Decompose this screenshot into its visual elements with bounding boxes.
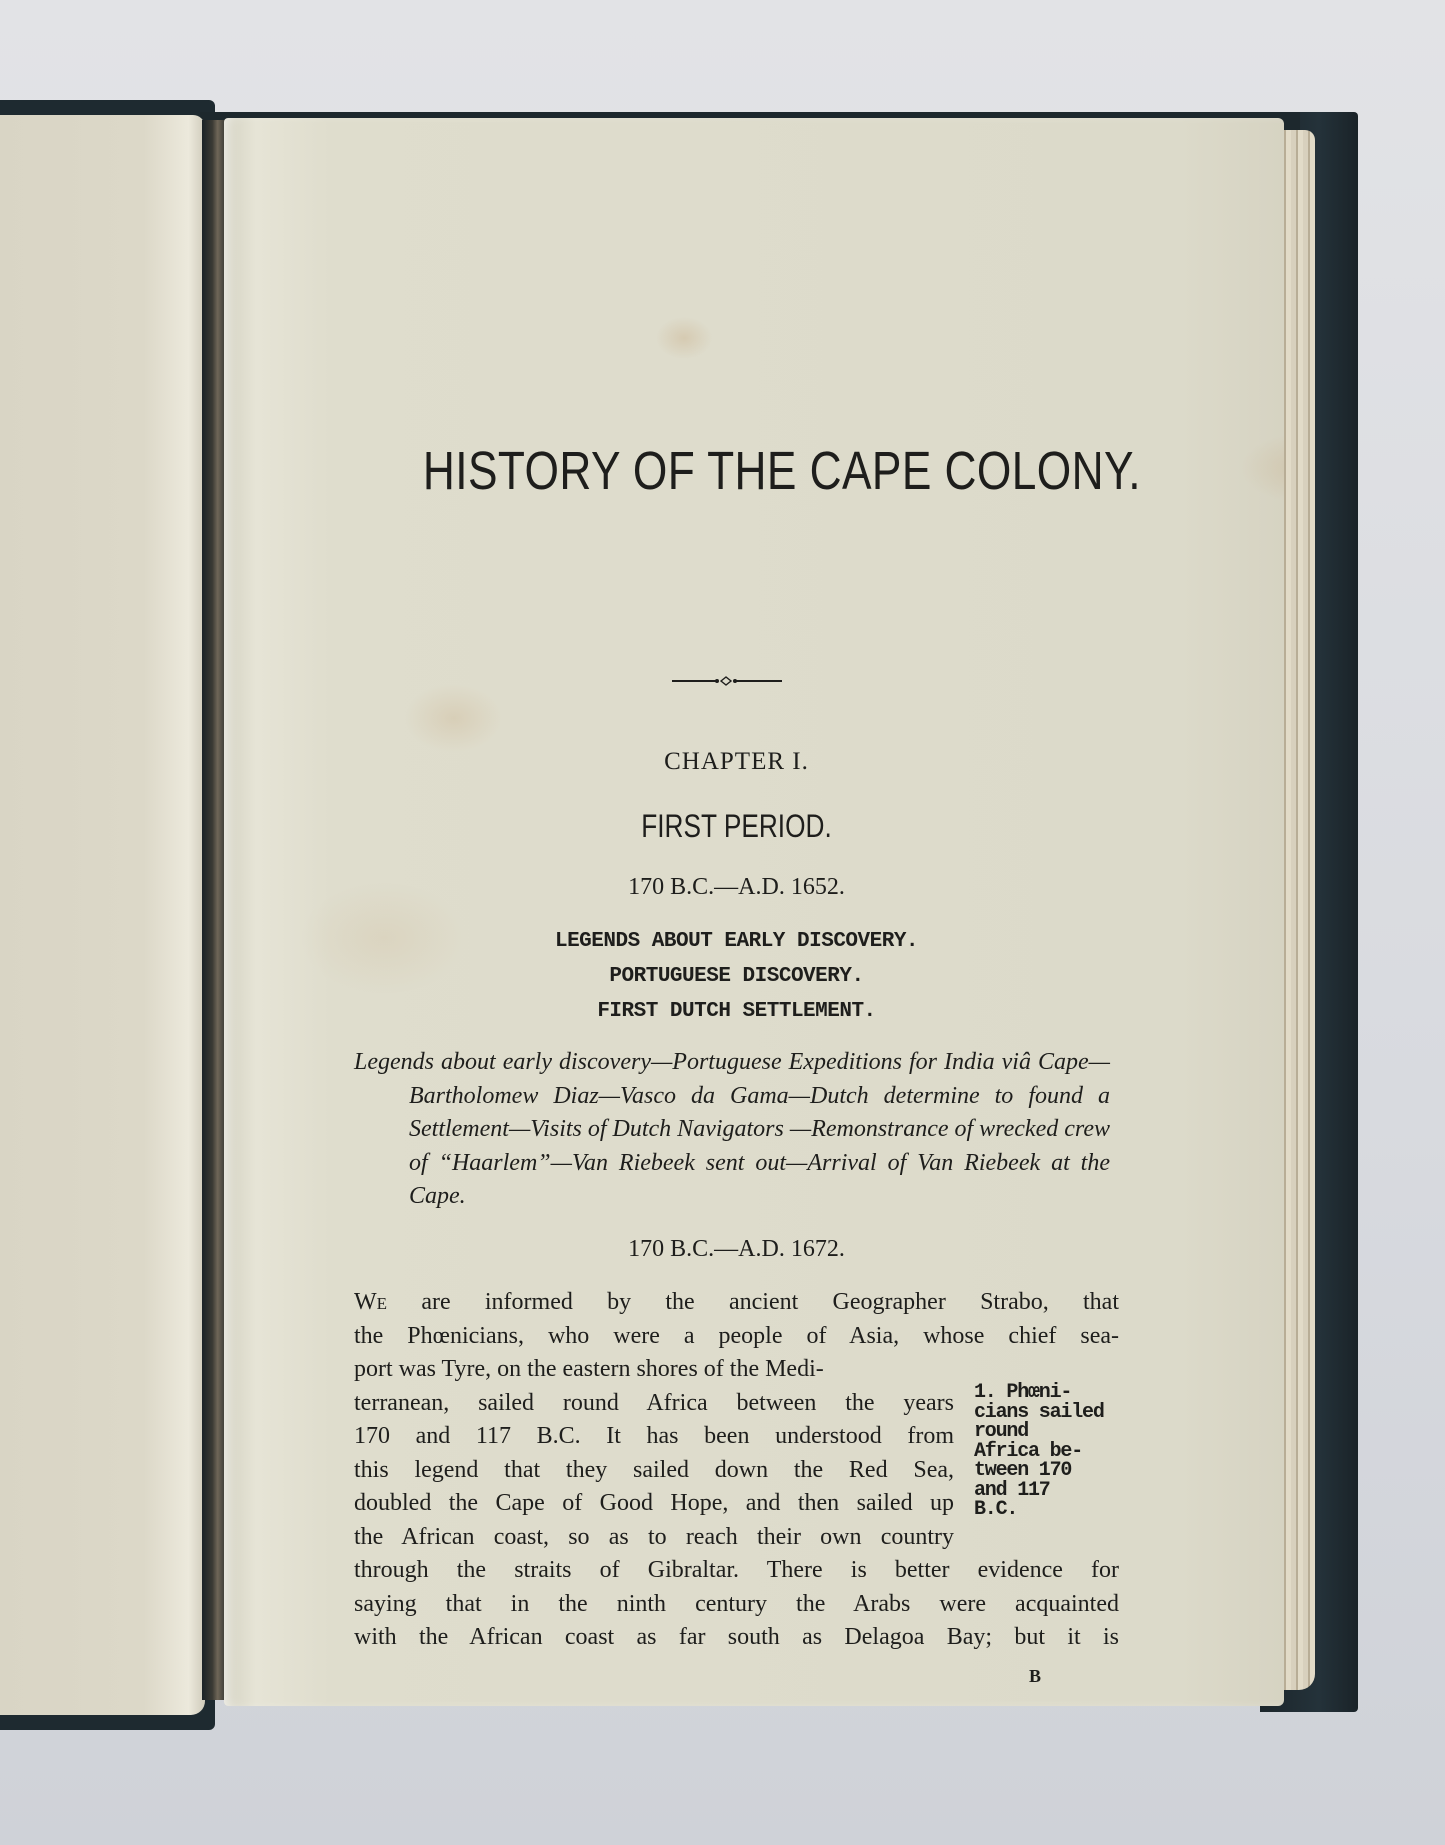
sidenote-line: B.C.: [974, 1500, 1114, 1520]
body-line: the African coast, so as to reach their …: [354, 1521, 954, 1555]
left-page: [0, 115, 205, 1715]
ornament-divider-icon: [672, 676, 782, 686]
sidenote-line: tween 170: [974, 1461, 1114, 1481]
body-line: the Phœnicians, who were a people of Asi…: [354, 1320, 1119, 1354]
signature-mark: B: [354, 1666, 1119, 1687]
body-line: through the straits of Gibraltar. There …: [354, 1554, 1119, 1588]
body-line: doubled the Cape of Good Hope, and then …: [354, 1487, 954, 1521]
period-heading: FIRST PERIOD.: [423, 808, 1050, 845]
subheading: PORTUGUESE DISCOVERY.: [354, 959, 1119, 994]
book-title: HISTORY OF THE CAPE COLONY.: [423, 440, 1050, 502]
margin-sidenote: 1. Phœni- cians sailed round Africa be- …: [974, 1383, 1114, 1520]
right-page: HISTORY OF THE CAPE COLONY. CHAPTER I. F…: [224, 118, 1284, 1706]
body-line: We are informed by the ancient Geographe…: [354, 1286, 1119, 1320]
body-line: this legend that they sailed down the Re…: [354, 1454, 954, 1488]
body-line: saying that in the ninth century the Ara…: [354, 1588, 1119, 1622]
body-line: 170 and 117 B.C. It has been understood …: [354, 1420, 954, 1454]
body-line: terranean, sailed round Africa between t…: [354, 1387, 954, 1421]
chapter-summary: Legends about early discovery—Portuguese…: [354, 1046, 1110, 1214]
sidenote-line: 1. Phœni-: [974, 1383, 1114, 1403]
sidenote-line: round: [974, 1422, 1114, 1442]
chapter-heading: CHAPTER I.: [354, 748, 1119, 776]
body-line: port was Tyre, on the eastern shores of …: [354, 1353, 954, 1387]
drop-word: We: [354, 1289, 387, 1315]
period-dates: 170 B.C.—A.D. 1652.: [354, 874, 1119, 901]
body-line: with the African coast as far south as D…: [354, 1621, 1119, 1655]
subheading: FIRST DUTCH SETTLEMENT.: [354, 994, 1119, 1029]
section-dates: 170 B.C.—A.D. 1672.: [354, 1236, 1119, 1263]
subheadings: LEGENDS ABOUT EARLY DISCOVERY. PORTUGUES…: [354, 924, 1119, 1029]
subheading: LEGENDS ABOUT EARLY DISCOVERY.: [354, 924, 1119, 959]
